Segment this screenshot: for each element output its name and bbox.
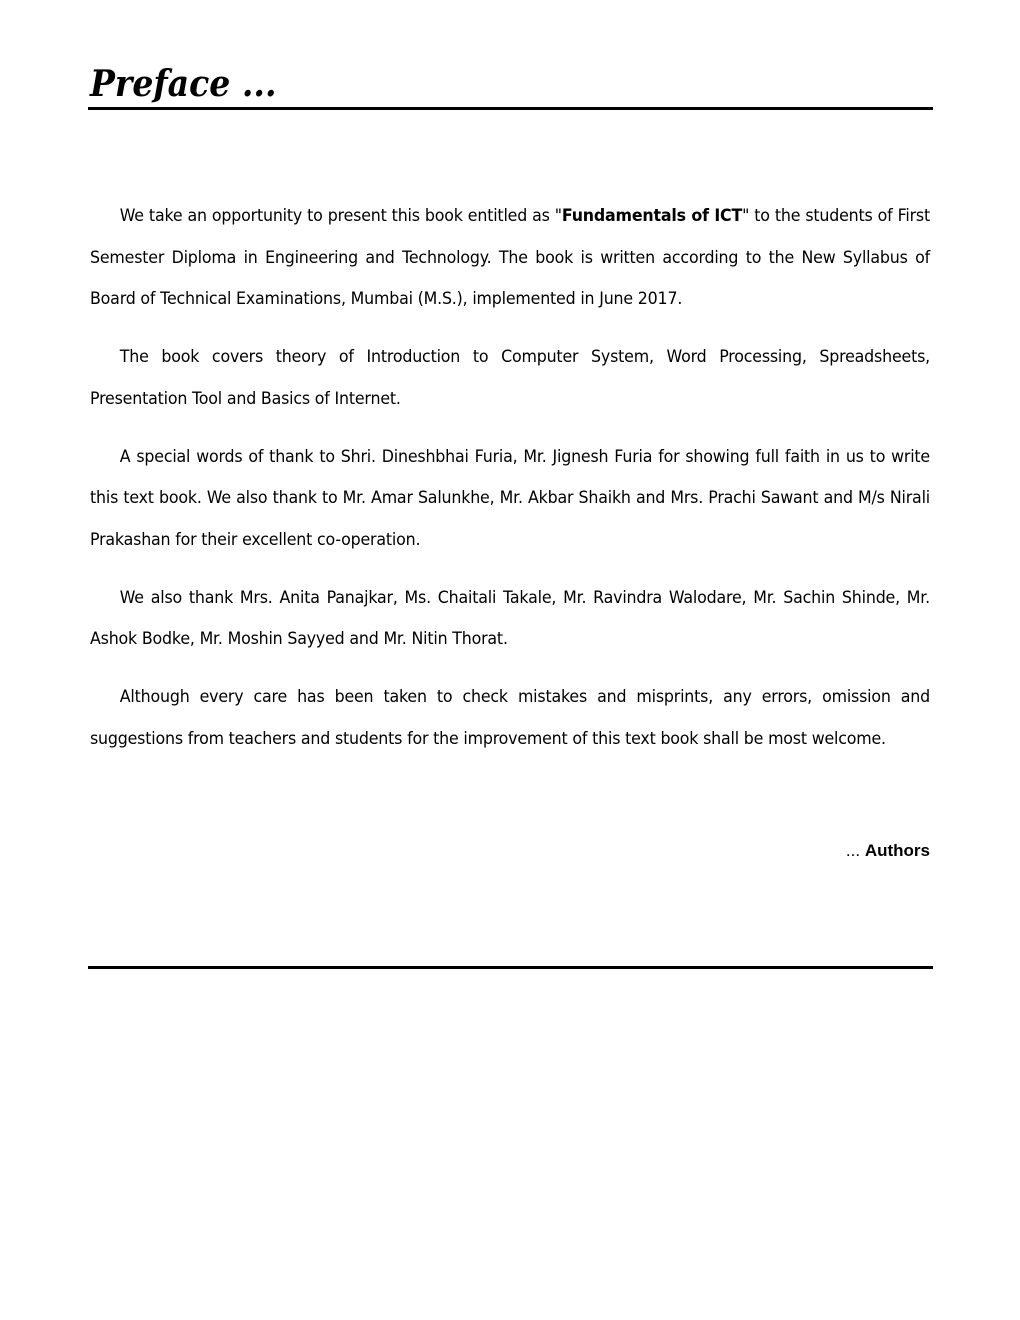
paragraph-errata-note: Although every care has been taken to ch… xyxy=(90,676,930,759)
signoff-authors: Authors xyxy=(865,841,930,860)
signoff-ellipsis: ... xyxy=(846,841,860,860)
page-title: Preface ... xyxy=(90,62,277,106)
paragraph-intro: We take an opportunity to present this b… xyxy=(90,195,930,320)
title-underline-divider xyxy=(88,107,933,110)
preface-body: We take an opportunity to present this b… xyxy=(90,195,930,776)
paragraph-additional-thanks: We also thank Mrs. Anita Panajkar, Ms. C… xyxy=(90,577,930,660)
paragraph-coverage: The book covers theory of Introduction t… xyxy=(90,336,930,419)
signoff: ... Authors xyxy=(846,838,930,864)
paragraph-special-thanks: A special words of thank to Shri. Dinesh… xyxy=(90,436,930,561)
book-title-emphasis: Fundamentals of ICT xyxy=(562,206,742,225)
footer-divider xyxy=(88,966,933,969)
paragraph-intro-text-before: We take an opportunity to present this b… xyxy=(120,206,562,225)
